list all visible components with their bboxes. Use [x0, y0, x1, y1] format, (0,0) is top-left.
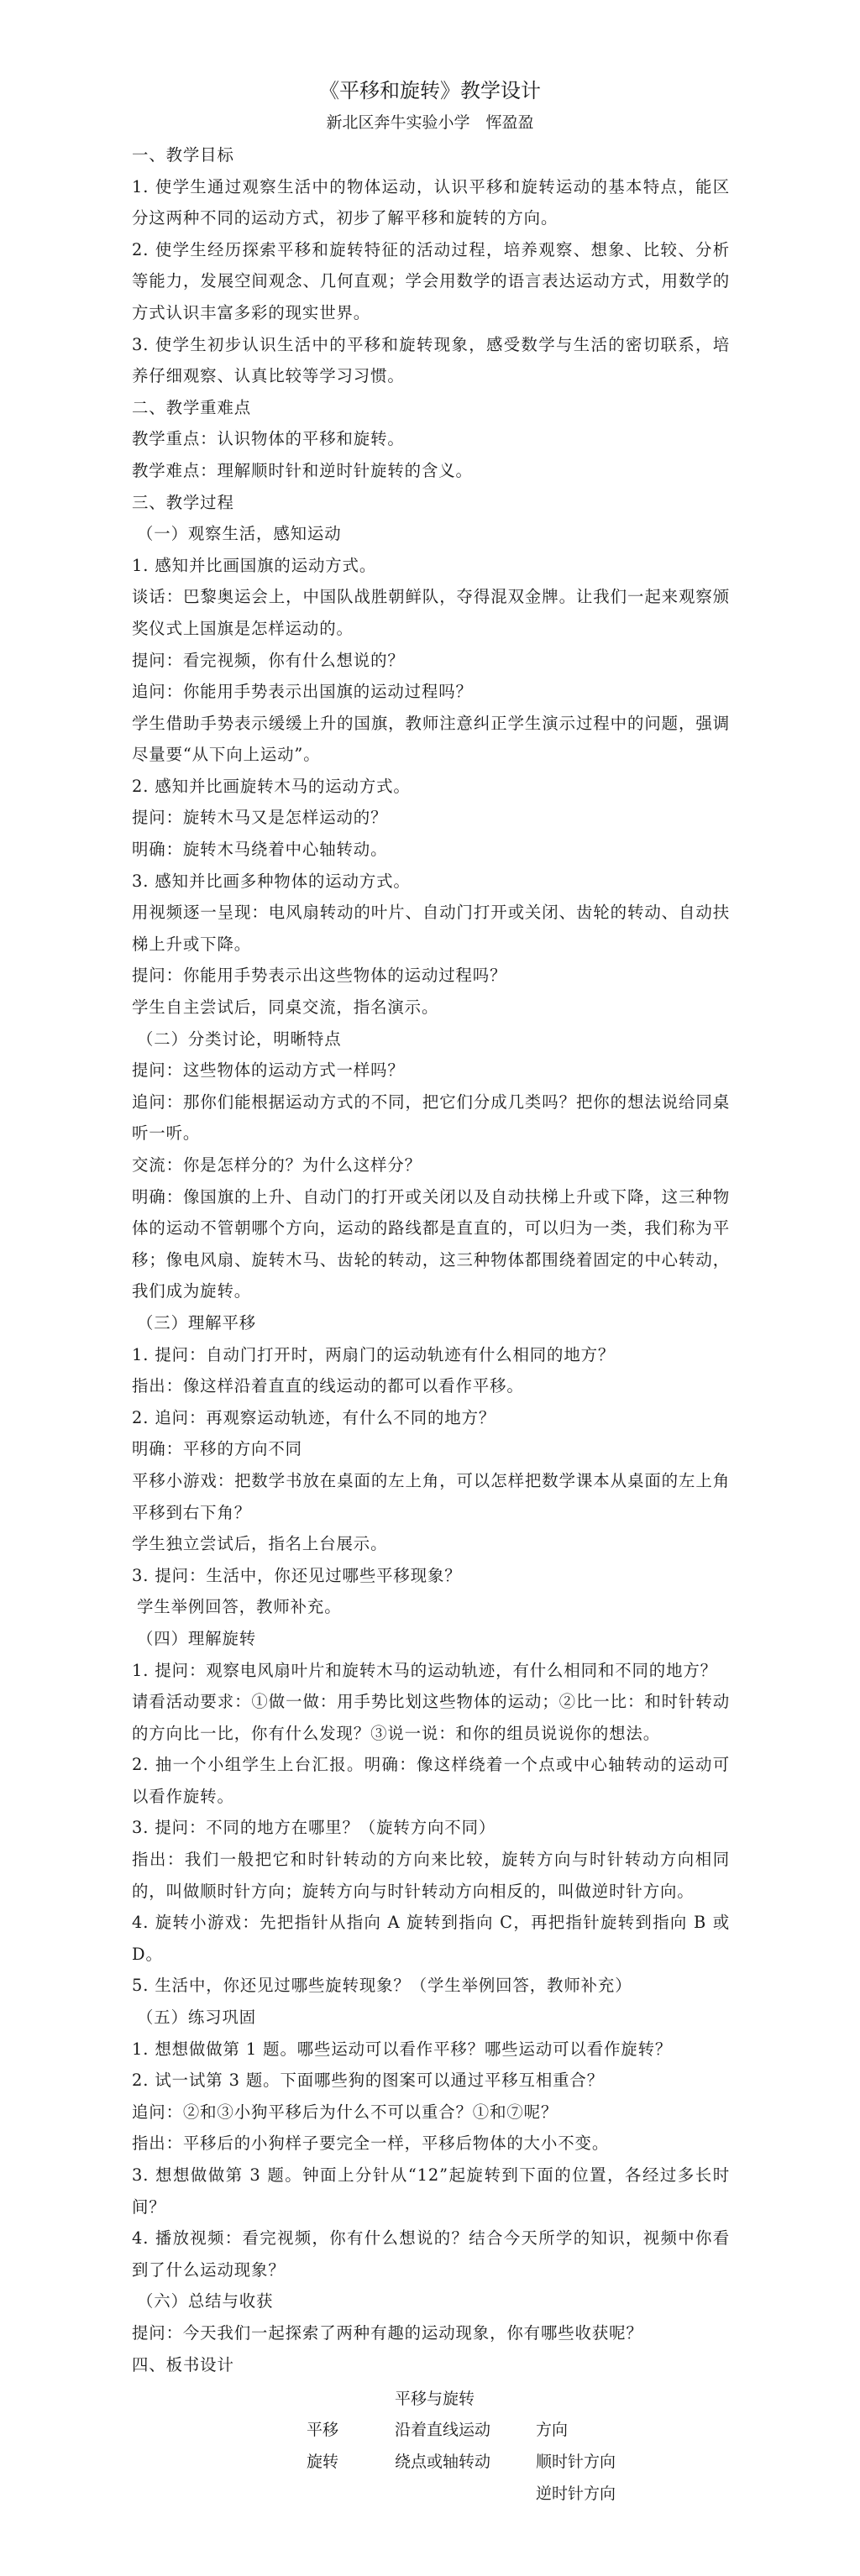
- key-point: 教学重点：认识物体的平移和旋转。: [132, 423, 730, 455]
- section-heading-key-points: 二、教学重难点: [132, 392, 730, 424]
- document-page: 《平移和旋转》教学设计 新北区奔牛实验小学 恽盈盈 一、教学目标 1. 使学生通…: [132, 74, 730, 2526]
- board-dir-clockwise: 顺时针方向: [536, 2447, 616, 2478]
- subsection-heading-5: （五）练习巩固: [132, 2002, 730, 2034]
- board-term-rotation: 旋转: [307, 2447, 338, 2478]
- paragraph: 2. 抽一个小组学生上台汇报。明确：像这样绕着一个点或中心轴转动的运动可以看作旋…: [132, 1749, 730, 1812]
- paragraph: 4. 播放视频：看完视频，你有什么想说的？结合今天所学的知识，视频中你看到了什么…: [132, 2223, 730, 2285]
- paragraph: 交流：你是怎样分的？为什么这样分？: [132, 1149, 730, 1181]
- paragraph: 明确：平移的方向不同: [132, 1433, 730, 1465]
- paragraph: 3. 提问：不同的地方在哪里？（旋转方向不同）: [132, 1812, 730, 1844]
- paragraph: 追问：②和③小狗平移后为什么不可以重合？①和⑦呢？: [132, 2097, 730, 2128]
- paragraph: 用视频逐一呈现：电风扇转动的叶片、自动门打开或关闭、齿轮的转动、自动扶梯上升或下…: [132, 897, 730, 960]
- subsection-heading-6: （六）总结与收获: [132, 2285, 730, 2317]
- paragraph: 1. 提问：观察电风扇叶片和旋转木马的运动轨迹，有什么相同和不同的地方？: [132, 1655, 730, 1687]
- paragraph: 1. 感知并比画国旗的运动方式。: [132, 550, 730, 582]
- section-heading-process: 三、教学过程: [132, 487, 730, 519]
- paragraph: 提问：旋转木马又是怎样运动的？: [132, 802, 730, 834]
- paragraph: 4. 旋转小游戏：先把指针从指向 A 旋转到指向 C，再把指针旋转到指向 B 或…: [132, 1907, 730, 1970]
- paragraph: 提问：这些物体的运动方式一样吗？: [132, 1055, 730, 1086]
- paragraph: 提问：你能用手势表示出这些物体的运动过程吗？: [132, 960, 730, 992]
- board-desc-rotation: 绕点或轴转动: [395, 2447, 490, 2478]
- section-heading-board: 四、板书设计: [132, 2349, 730, 2381]
- subsection-heading-4: （四）理解旋转: [132, 1623, 730, 1655]
- author-line: 新北区奔牛实验小学 恽盈盈: [0, 107, 860, 138]
- board-title: 平移与旋转: [395, 2384, 475, 2415]
- subsection-heading-1: （一）观察生活，感知运动: [132, 518, 730, 550]
- paragraph: 3. 提问：生活中，你还见过哪些平移现象？: [132, 1560, 730, 1592]
- paragraph: 指出：我们一般把它和时针转动的方向来比较，旋转方向与时针转动方向相同的，叫做顺时…: [132, 1844, 730, 1907]
- paragraph: 平移小游戏：把数学书放在桌面的左上角，可以怎样把数学课本从桌面的左上角平移到右下…: [132, 1465, 730, 1528]
- paragraph: 2. 感知并比画旋转木马的运动方式。: [132, 771, 730, 803]
- paragraph: 学生举例回答，教师补充。: [132, 1591, 730, 1623]
- paragraph: 1. 想想做做第 1 题。哪些运动可以看作平移？哪些运动可以看作旋转？: [132, 2034, 730, 2066]
- paragraph: 明确：像国旗的上升、自动门的打开或关闭以及自动扶梯上升或下降，这三种物体的运动不…: [132, 1181, 730, 1307]
- document-title: 《平移和旋转》教学设计: [0, 74, 860, 107]
- paragraph: 谈话：巴黎奥运会上，中国队战胜朝鲜队，夺得混双金牌。让我们一起来观察颁奖仪式上国…: [132, 581, 730, 644]
- board-dir-counterclockwise: 逆时针方向: [536, 2479, 616, 2510]
- paragraph: 5. 生活中，你还见过哪些旋转现象？（学生举例回答，教师补充）: [132, 1970, 730, 2002]
- paragraph: 追问：那你们能根据运动方式的不同，把它们分成几类吗？把你的想法说给同桌听一听。: [132, 1086, 730, 1149]
- paragraph: 提问：看完视频，你有什么想说的？: [132, 645, 730, 677]
- subsection-heading-3: （三）理解平移: [132, 1307, 730, 1339]
- paragraph: 2. 追问：再观察运动轨迹，有什么不同的地方？: [132, 1402, 730, 1434]
- paragraph: 追问：你能用手势表示出国旗的运动过程吗？: [132, 676, 730, 708]
- paragraph: 2. 试一试第 3 题。下面哪些狗的图案可以通过平移互相重合？: [132, 2065, 730, 2097]
- paragraph: 指出：平移后的小狗样子要完全一样，平移后物体的大小不变。: [132, 2128, 730, 2160]
- paragraph: 明确：旋转木马绕着中心轴转动。: [132, 834, 730, 866]
- goal-1: 1. 使学生通过观察生活中的物体运动，认识平移和旋转运动的基本特点，能区分这两种…: [132, 171, 730, 234]
- paragraph: 学生借助手势表示缓缓上升的国旗，教师注意纠正学生演示过程中的问题，强调尽量要“从…: [132, 708, 730, 771]
- paragraph: 1. 提问：自动门打开时，两扇门的运动轨迹有什么相同的地方？: [132, 1339, 730, 1371]
- paragraph: 3. 感知并比画多种物体的运动方式。: [132, 866, 730, 898]
- paragraph: 学生自主尝试后，同桌交流，指名演示。: [132, 992, 730, 1024]
- goal-3: 3. 使学生初步认识生活中的平移和旋转现象，感受数学与生活的密切联系，培养仔细观…: [132, 329, 730, 392]
- blackboard-design: 平移与旋转 平移 沿着直线运动 方向 旋转 绕点或轴转动 顺时针方向 逆时针方向: [132, 2384, 730, 2526]
- goal-2: 2. 使学生经历探索平移和旋转特征的活动过程，培养观察、想象、比较、分析等能力，…: [132, 234, 730, 329]
- paragraph: 学生独立尝试后，指名上台展示。: [132, 1528, 730, 1560]
- board-dir-translation: 方向: [536, 2415, 568, 2446]
- board-desc-translation: 沿着直线运动: [395, 2415, 490, 2446]
- paragraph: 提问：今天我们一起探索了两种有趣的运动现象，你有哪些收获呢？: [132, 2317, 730, 2349]
- difficult-point: 教学难点：理解顺时针和逆时针旋转的含义。: [132, 455, 730, 487]
- section-heading-goals: 一、教学目标: [132, 139, 730, 171]
- subsection-heading-2: （二）分类讨论，明晰特点: [132, 1024, 730, 1055]
- paragraph: 请看活动要求：①做一做：用手势比划这些物体的运动；②比一比：和时针转动的方向比一…: [132, 1686, 730, 1749]
- paragraph: 指出：像这样沿着直直的线运动的都可以看作平移。: [132, 1370, 730, 1402]
- board-term-translation: 平移: [307, 2415, 338, 2446]
- paragraph: 3. 想想做做第 3 题。钟面上分针从“12”起旋转到下面的位置，各经过多长时间…: [132, 2160, 730, 2223]
